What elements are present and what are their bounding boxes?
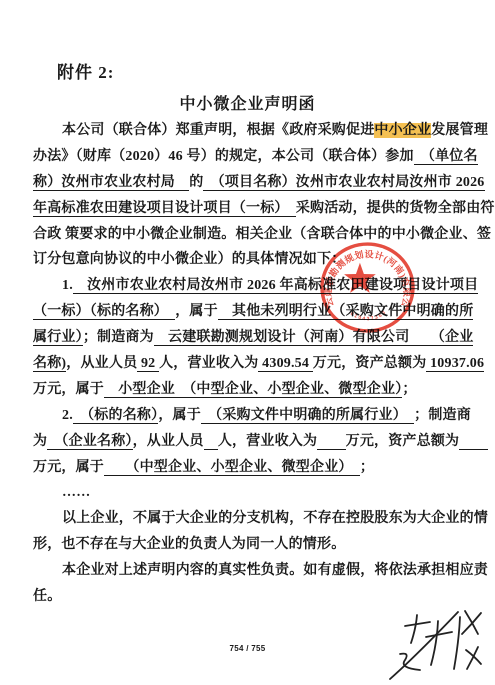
- underlined-field: （中型企业、小型企业、微型企业）: [104, 460, 360, 476]
- underlined-field: [317, 434, 345, 450]
- underlined-field: 年高标准农田建设项目设计项目（一标）: [33, 201, 296, 217]
- text-line: 本企业对上述声明内容的真实性负责。如有虚假，将依法承担相应责: [33, 558, 469, 584]
- underlined-field: （项目名称）汝州市农业农村局汝州市 2026: [203, 175, 484, 191]
- highlighted-text: 中小企业: [374, 123, 431, 138]
- text-line: 称）汝州市农业农村局 的 （项目名称）汝州市农业农村局汝州市 2026: [33, 170, 469, 196]
- underlined-field: 10937.06: [426, 356, 484, 372]
- text-segment: 2.: [62, 408, 73, 423]
- handwritten-signature: [384, 598, 486, 685]
- text-segment: 万元，资产总额为: [346, 434, 460, 449]
- text-segment: 人，营业收入为: [218, 434, 317, 449]
- underlined-field: [204, 434, 218, 450]
- underlined-field: 92: [137, 356, 159, 372]
- text-line: 办法》（财库（2020）46 号）的规定，本公司（联合体）参加 （单位名: [33, 144, 469, 170]
- text-segment: 任。: [33, 589, 61, 604]
- text-line: 2. （标的名称），属于 （采购文件中明确的所属行业） ；制造商: [33, 403, 469, 429]
- text-line: 名称)，从业人员 92 人，营业收入为 4309.54 万元，资产总额为 109…: [33, 351, 469, 377]
- document-page: 附件 2: 中小微企业声明函 本公司（联合体）郑重声明，根据《政府采购促进中小企…: [0, 0, 495, 685]
- text-segment: ，属于: [175, 304, 218, 319]
- text-segment: 1.: [62, 278, 73, 293]
- text-segment: 办法》（财库（2020）46 号）的规定，本公司（联合体）参加: [33, 149, 414, 164]
- text-line: 年高标准农田建设项目设计项目（一标） 采购活动，提供的货物全部由符: [33, 196, 469, 222]
- text-segment: 形，也不存在与大企业的负责人为同一人的情形。: [33, 537, 345, 552]
- text-segment: ……: [62, 485, 90, 500]
- text-segment: 本企业对上述声明内容的真实性负责。如有虚假，将依法承担相应责: [62, 563, 488, 578]
- text-line: 以上企业，不属于大企业的分支机构，不存在控股股东为大企业的情: [33, 506, 469, 532]
- text-segment: ，属于: [158, 408, 201, 423]
- text-segment: 合政 策要求的中小微企业制造。相关企业（含联合体中的中小微企业、签: [33, 227, 491, 242]
- text-segment: 万元，属于: [33, 460, 104, 475]
- text-segment: 订分包意向协议的中小微企业）的具体情况如下：: [33, 252, 345, 267]
- text-segment: ；: [360, 460, 374, 475]
- underlined-field: （标的名称）: [73, 408, 158, 424]
- text-line: 本公司（联合体）郑重声明，根据《政府采购促进中小企业发展管理: [33, 118, 469, 144]
- text-segment: 发展管理: [431, 123, 488, 138]
- text-segment: 的: [189, 175, 203, 190]
- text-line: 万元，属于 （中型企业、小型企业、微型企业） ；: [33, 455, 469, 481]
- text-segment: 万元，属于: [33, 382, 104, 397]
- underlined-field: 名称): [33, 356, 66, 372]
- text-segment: ，从业人员: [66, 356, 137, 371]
- text-segment: ，从业人员: [133, 434, 204, 449]
- text-segment: 本公司（联合体）郑重声明，根据《政府采购促进: [62, 123, 374, 138]
- text-segment: ；制造商为: [83, 330, 154, 345]
- attachment-label: 附件 2:: [57, 58, 114, 83]
- text-segment: 万元，资产总额为: [313, 356, 427, 371]
- underlined-field: [459, 434, 487, 450]
- text-line: 万元，属于 小型企业 （中型企业、小型企业、微型企业）；: [33, 377, 469, 403]
- text-segment: 为: [33, 434, 47, 449]
- text-segment: ；: [402, 382, 416, 397]
- underlined-field: 汝州市农业农村局汝州市 2026 年高标准农田建设项目设计项目: [73, 278, 478, 294]
- underlined-field: （单位名: [414, 149, 478, 165]
- declaration-body: 本公司（联合体）郑重声明，根据《政府采购促进中小企业发展管理办法》（财库（202…: [33, 118, 469, 610]
- text-segment: ；制造商: [414, 408, 471, 423]
- underlined-field: 4309.54: [258, 356, 312, 372]
- text-line: ……: [33, 480, 469, 506]
- star-icon: [344, 263, 376, 293]
- underlined-field: （企业名称）: [47, 434, 132, 450]
- text-line: 为 （企业名称），从业人员 人，营业收入为 万元，资产总额为: [33, 429, 469, 455]
- underlined-field: （一标）（标的名称）: [33, 304, 175, 320]
- underlined-field: （采购文件中明确的所属行业）: [201, 408, 414, 424]
- text-segment: 人，营业收入为: [159, 356, 258, 371]
- underlined-field: 云建联勘测规划设计（河南）有限公司 （企业: [154, 330, 474, 346]
- company-seal-stamp: 云建联勘测规划设计(河南)有限公司 0104373605: [318, 241, 417, 334]
- page-title: 中小微企业声明函: [0, 91, 495, 114]
- text-line: 形，也不存在与大企业的负责人为同一人的情形。: [33, 532, 469, 558]
- text-segment: 以上企业，不属于大企业的分支机构，不存在控股股东为大企业的情: [62, 511, 488, 526]
- text-segment: 采购活动，提供的货物全部由符: [296, 201, 495, 216]
- underlined-field: 属行业）: [33, 330, 83, 346]
- page-number: 754 / 755: [0, 644, 495, 653]
- underlined-field: 小型企业 （中型企业、小型企业、微型企业）: [104, 382, 402, 398]
- underlined-field: 称）汝州市农业农村局: [33, 175, 189, 191]
